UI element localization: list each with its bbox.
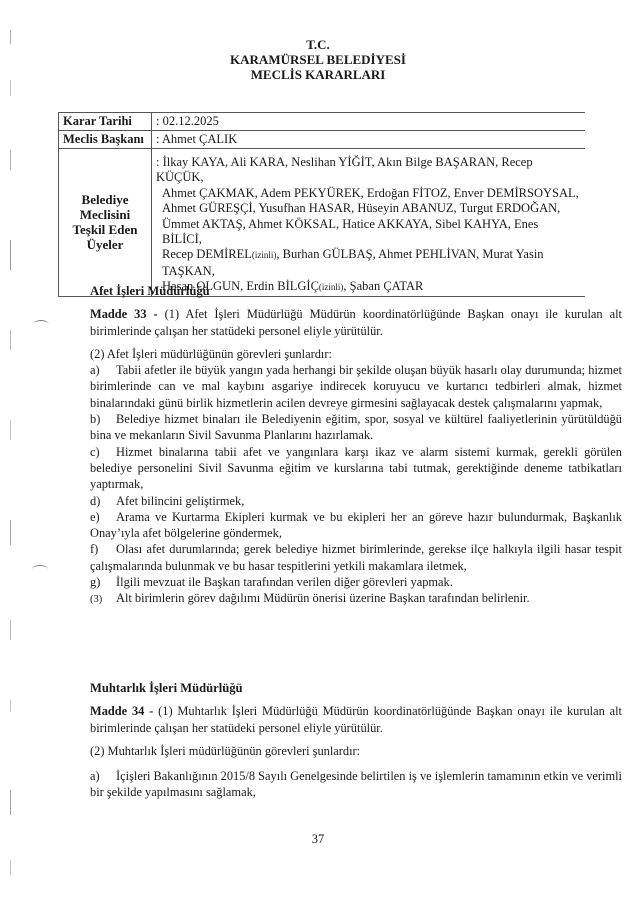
list-item: a)Tabii afetler ile büyük yangın yada he… (90, 362, 622, 411)
members-label-line: Üyeler (63, 237, 147, 252)
document-header: T.C. KARAMÜRSEL BELEDİYESİ MECLİS KARARL… (0, 37, 636, 82)
members-line: Ahmet GÜREŞÇİ, Yusufhan HASAR, Hüseyin A… (156, 201, 581, 216)
item-text: Olası afet durumlarında; gerek belediye … (90, 542, 622, 572)
header-municipality: KARAMÜRSEL BELEDİYESİ (0, 52, 636, 67)
item-text: Afet bilincini geliştirmek, (116, 494, 244, 508)
karar-tarihi-label: Karar Tarihi (59, 113, 152, 131)
table-row: Karar Tarihi : 02.12.2025 (59, 113, 586, 131)
scan-edge-artifact (4, 0, 18, 900)
list-item: a)İçişleri Bakanlığının 2015/8 Sayılı Ge… (90, 768, 622, 801)
duties-intro: (2) Afet İşleri müdürlüğünün görevleri ş… (90, 346, 622, 362)
members-label: Belediye Meclisini Teşkil Eden Üyeler (59, 149, 152, 297)
header-tc: T.C. (0, 37, 636, 52)
madde-34: Madde 34 - (1) Muhtarlık İşleri Müdürlüğ… (90, 703, 622, 736)
duties-list: a)İçişleri Bakanlığının 2015/8 Sayılı Ge… (90, 768, 622, 801)
members-line: Ümmet AKTAŞ, Ahmet KÖKSAL, Hatice AKKAYA… (156, 217, 581, 248)
page-number: 37 (0, 832, 636, 847)
members-label-line: Teşkil Eden (63, 222, 147, 237)
list-item: c)Hizmet binalarına tabii afet ve yangın… (90, 444, 622, 493)
on-leave-note: (izinli) (252, 250, 277, 260)
list-item: f)Olası afet durumlarında; gerek belediy… (90, 541, 622, 574)
item-letter: d) (90, 493, 116, 509)
decision-info-table: Karar Tarihi : 02.12.2025 Meclis Başkanı… (58, 112, 585, 297)
karar-tarihi-value: : 02.12.2025 (152, 113, 586, 131)
item-letter: g) (90, 574, 116, 590)
meclis-baskani-label: Meclis Başkanı (59, 131, 152, 149)
madde-text: (1) Muhtarlık İşleri Müdürlüğü Müdürün k… (90, 704, 622, 734)
list-item: g)İlgili mevzuat ile Başkan tarafından v… (90, 574, 622, 590)
members-line: : İlkay KAYA, Ali KARA, Neslihan YİĞİT, … (156, 155, 581, 186)
clause-3: (3)Alt birimlerin görev dağılımı Müdürün… (90, 590, 622, 608)
madde-33: Madde 33 - (1) Afet İşleri Müdürlüğü Müd… (90, 306, 622, 339)
meclis-baskani-value: : Ahmet ÇALIK (152, 131, 586, 149)
duties-list: a)Tabii afetler ile büyük yangın yada he… (90, 362, 622, 590)
item-text: Hizmet binalarına tabii afet ve yangınla… (90, 445, 622, 492)
madde-label: Madde 34 - (90, 704, 153, 718)
members-list: : İlkay KAYA, Ali KARA, Neslihan YİĞİT, … (152, 149, 586, 297)
item-text: Belediye hizmet binaları ile Belediyenin… (90, 412, 622, 442)
header-council-decisions: MECLİS KARARLARI (0, 67, 636, 82)
punch-hole-mark (33, 320, 49, 329)
members-line: Recep DEMİREL(izinli), Burhan GÜLBAŞ, Ah… (156, 247, 581, 279)
clause-text: Alt birimlerin görev dağılımı Müdürün ön… (116, 591, 530, 605)
item-letter: e) (90, 509, 116, 525)
punch-hole-mark (32, 565, 48, 574)
list-item: e)Arama ve Kurtarma Ekipleri kurmak ve b… (90, 509, 622, 542)
members-label-line: Belediye (63, 192, 147, 207)
item-letter: a) (90, 362, 116, 378)
clause-number: (3) (90, 592, 116, 608)
item-text: Tabii afetler ile büyük yangın yada herh… (90, 363, 622, 410)
item-letter: c) (90, 444, 116, 460)
member-name: Recep DEMİREL (162, 247, 252, 261)
list-item: b)Belediye hizmet binaları ile Belediyen… (90, 411, 622, 444)
list-item: d)Afet bilincini geliştirmek, (90, 493, 622, 509)
duties-intro: (2) Muhtarlık İşleri müdürlüğünün görevl… (90, 743, 622, 759)
item-text: Arama ve Kurtarma Ekipleri kurmak ve bu … (90, 510, 622, 540)
section-muhtarlik: Muhtarlık İşleri Müdürlüğü Madde 34 - (1… (90, 680, 622, 801)
madde-text: (1) Afet İşleri Müdürlüğü Müdürün koordi… (90, 307, 622, 337)
item-letter: b) (90, 411, 116, 427)
item-text: İçişleri Bakanlığının 2015/8 Sayılı Gene… (90, 769, 622, 799)
table-row: Meclis Başkanı : Ahmet ÇALIK (59, 131, 586, 149)
item-letter: a) (90, 768, 116, 784)
section-title: Afet İşleri Müdürlüğü (90, 283, 622, 299)
table-row: Belediye Meclisini Teşkil Eden Üyeler : … (59, 149, 586, 297)
item-letter: f) (90, 541, 116, 557)
section-afet: Afet İşleri Müdürlüğü Madde 33 - (1) Afe… (90, 283, 622, 609)
members-line: Ahmet ÇAKMAK, Adem PEKYÜREK, Erdoğan FİT… (156, 186, 581, 201)
section-title: Muhtarlık İşleri Müdürlüğü (90, 680, 622, 696)
members-label-line: Meclisini (63, 207, 147, 222)
item-text: İlgili mevzuat ile Başkan tarafından ver… (116, 575, 453, 589)
madde-label: Madde 33 - (90, 307, 158, 321)
